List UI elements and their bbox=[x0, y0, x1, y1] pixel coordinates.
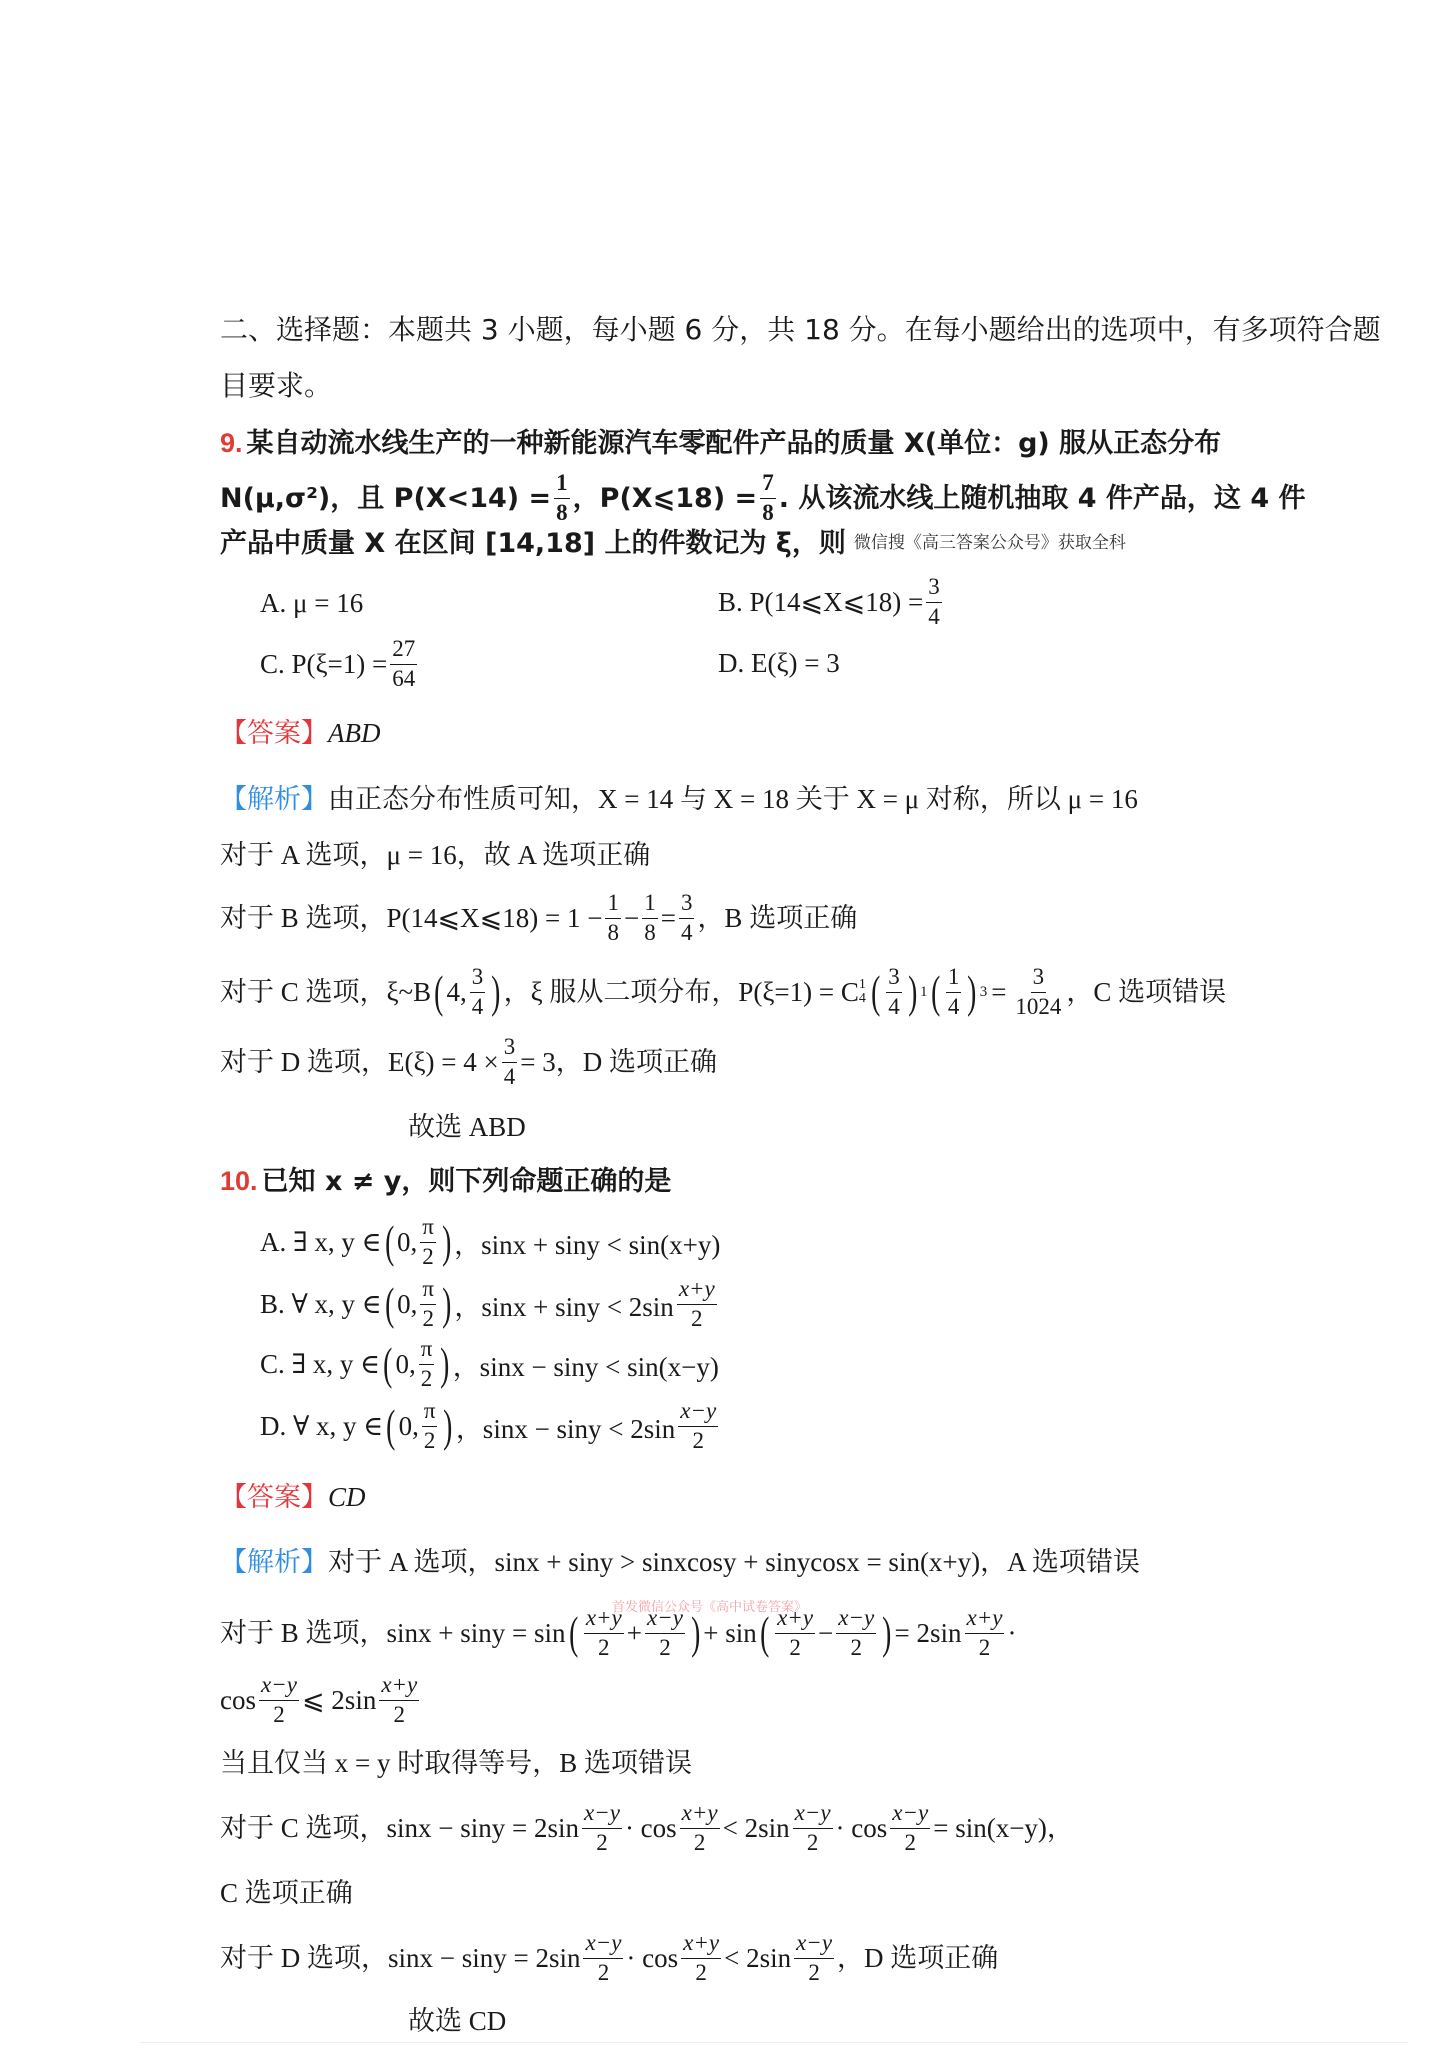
analysis-tag: 【解析】 bbox=[220, 786, 328, 813]
q9-option-d: D. E(ξ) = 3 bbox=[718, 648, 840, 679]
analysis-text: ，D 选项正确 bbox=[837, 1945, 998, 1972]
analysis-text: 对于 D 选项，sinx − siny = 2sin bbox=[220, 1945, 580, 1972]
option-text: ，sinx − siny < sin(x−y) bbox=[453, 1345, 719, 1384]
fraction: 34 bbox=[886, 965, 902, 1018]
section-header-line1: 二、选择题：本题共 3 小题，每小题 6 分，共 18 分。在每小题给出的选项中… bbox=[220, 316, 1381, 344]
page-bottom-edge bbox=[140, 2042, 1408, 2043]
q9-option-b: B. P(14⩽X⩽18) = 34 bbox=[718, 576, 945, 628]
q9-analysis-line4: 对于 C 选项，ξ~B ( 4, 34 ) ，ξ 服从二项分布，P(ξ=1) =… bbox=[220, 962, 1226, 1022]
fraction: x−y2 bbox=[836, 1606, 876, 1659]
fraction: x+y2 bbox=[681, 1931, 721, 1984]
analysis-text: 由正态分布性质可知，X = 14 与 X = 18 关于 X = μ 对称，所以… bbox=[328, 786, 1138, 813]
analysis-text: 对于 B 选项，P(14⩽X⩽18) = 1 − bbox=[220, 905, 602, 932]
q10-option-b: B. ∀ x, y ∈ (0, π2) ，sinx + siny < 2sin … bbox=[260, 1276, 720, 1332]
analysis-text: cos bbox=[220, 1687, 256, 1714]
equals-sign: = bbox=[991, 979, 1006, 1006]
fraction: 34 bbox=[502, 1035, 518, 1088]
fraction: x−y2 bbox=[645, 1606, 685, 1659]
plus-sign: + bbox=[627, 1620, 642, 1647]
fraction: x+y2 bbox=[379, 1673, 419, 1726]
fraction: 18 bbox=[605, 891, 621, 944]
fraction: x+y2 bbox=[677, 1277, 717, 1330]
q10-analysis-line3: cos x−y2 ⩽ 2sin x+y2 bbox=[220, 1672, 422, 1728]
analysis-text: 对于 C 选项，sinx − siny = 2sin bbox=[220, 1815, 579, 1842]
q10-stem: 10. 已知 x ≠ y，则下列命题正确的是 bbox=[220, 1168, 671, 1195]
fraction: 34 bbox=[679, 891, 695, 944]
fraction: π2 bbox=[419, 1337, 435, 1390]
q9-analysis-line2: 对于 A 选项，μ = 16，故 A 选项正确 bbox=[220, 842, 650, 869]
fraction: x+y2 bbox=[584, 1606, 624, 1659]
fraction: x−y2 bbox=[583, 1931, 623, 1984]
q10-analysis-line4: 当且仅当 x = y 时取得等号，B 选项错误 bbox=[220, 1750, 692, 1777]
q10-option-c: C. ∃ x, y ∈ (0, π2) ，sinx − siny < sin(x… bbox=[260, 1336, 719, 1392]
analysis-text: 对于 D 选项，E(ξ) = 4 × bbox=[220, 1049, 499, 1076]
fraction: x+y2 bbox=[775, 1606, 815, 1659]
fraction: 78 bbox=[760, 471, 776, 524]
fraction: 2764 bbox=[390, 637, 417, 690]
q9-analysis-line3: 对于 B 选项，P(14⩽X⩽18) = 1 − 18 − 18 = 34 ，B… bbox=[220, 890, 857, 946]
q9-answer: 【答案】 ABD bbox=[220, 720, 380, 747]
analysis-text: 对于 B 选项，sinx + siny = sin bbox=[220, 1620, 566, 1647]
analysis-text: = 3，D 选项正确 bbox=[520, 1049, 717, 1076]
fraction: x−y2 bbox=[793, 1801, 833, 1854]
section-header-line2: 目要求。 bbox=[220, 372, 332, 400]
equals-sign: = bbox=[661, 905, 676, 932]
fraction: x+y2 bbox=[680, 1801, 720, 1854]
q10-option-a: A. ∃ x, y ∈ (0, π2) ，sinx + siny < sin(x… bbox=[260, 1214, 720, 1270]
option-text: C. ∃ x, y ∈ bbox=[260, 1349, 380, 1380]
q10-stem-text: 已知 x ≠ y，则下列命题正确的是 bbox=[262, 1168, 672, 1195]
fraction: x−y2 bbox=[794, 1931, 834, 1984]
q9-stem-text-2b: ，P(X⩽18) = bbox=[573, 485, 758, 512]
q10-conclusion: 故选 CD bbox=[408, 2008, 506, 2035]
q9-analysis-line5: 对于 D 选项，E(ξ) = 4 × 34 = 3，D 选项正确 bbox=[220, 1034, 717, 1090]
q9-stem-text-3: 产品中质量 X 在区间 [14,18] 上的件数记为 ξ，则 bbox=[220, 530, 846, 557]
q10-analysis-line7: 对于 D 选项，sinx − siny = 2sin x−y2 · cos x+… bbox=[220, 1930, 998, 1986]
analysis-text: < 2sin bbox=[724, 1945, 791, 1972]
option-text: B. ∀ x, y ∈ bbox=[260, 1289, 382, 1320]
q10-number: 10. bbox=[220, 1168, 258, 1195]
analysis-text: = sin(x−y)， bbox=[933, 1815, 1074, 1842]
q9-option-b-text: B. P(14⩽X⩽18) = bbox=[718, 587, 923, 618]
answer-value: ABD bbox=[328, 720, 380, 747]
analysis-text: · cos bbox=[626, 1945, 678, 1972]
fraction: x−y2 bbox=[582, 1801, 622, 1854]
fraction: x−y2 bbox=[259, 1673, 299, 1726]
q10-analysis-line1: 【解析】 对于 A 选项，sinx + siny > sinxcosy + si… bbox=[220, 1549, 1140, 1576]
answer-value: CD bbox=[328, 1484, 366, 1511]
fraction: 34 bbox=[926, 575, 942, 628]
dot-operator: · bbox=[1007, 1620, 1016, 1647]
fraction: 14 bbox=[946, 965, 962, 1018]
q10-analysis-line2: 对于 B 选项，sinx + siny = sin ( x+y2 + x−y2 … bbox=[220, 1604, 1016, 1662]
analysis-text: ，C 选项错误 bbox=[1066, 979, 1226, 1006]
fraction: x−y2 bbox=[678, 1399, 718, 1452]
q10-analysis-line6: C 选项正确 bbox=[220, 1880, 353, 1907]
option-text: A. ∃ x, y ∈ bbox=[260, 1227, 382, 1258]
analysis-text: 对于 C 选项，ξ~B bbox=[220, 979, 431, 1006]
fraction: 34 bbox=[470, 965, 486, 1018]
q9-number: 9. bbox=[220, 430, 243, 457]
fraction: π2 bbox=[422, 1399, 438, 1452]
minus-sign: − bbox=[624, 905, 639, 932]
q10-answer: 【答案】 CD bbox=[220, 1484, 366, 1511]
option-text: ，sinx − siny < 2sin bbox=[456, 1407, 675, 1446]
analysis-text: ，ξ 服从二项分布，P(ξ=1) = C bbox=[504, 979, 859, 1006]
fraction: π2 bbox=[420, 1277, 436, 1330]
q9-option-c-text: C. P(ξ=1) = bbox=[260, 649, 387, 680]
q9-option-c: C. P(ξ=1) = 2764 bbox=[260, 636, 420, 692]
answer-tag: 【答案】 bbox=[220, 1484, 328, 1511]
q9-option-a: A. μ = 16 bbox=[260, 588, 363, 619]
q9-analysis-line1: 【解析】 由正态分布性质可知，X = 14 与 X = 18 关于 X = μ … bbox=[220, 786, 1138, 813]
analysis-text: = 2sin bbox=[895, 1620, 962, 1647]
fraction: x−y2 bbox=[890, 1801, 930, 1854]
q9-stem-text-2c: . 从该流水线上随机抽取 4 件产品，这 4 件 bbox=[779, 485, 1306, 512]
q9-stem-line3: 产品中质量 X 在区间 [14,18] 上的件数记为 ξ，则 微信搜《高三答案公… bbox=[220, 530, 1126, 557]
analysis-text: < 2sin bbox=[723, 1815, 790, 1842]
option-text: D. ∀ x, y ∈ bbox=[260, 1411, 383, 1442]
analysis-text: + sin bbox=[703, 1620, 757, 1647]
minus-sign: − bbox=[818, 1620, 833, 1647]
q9-conclusion: 故选 ABD bbox=[408, 1114, 526, 1141]
q10-option-d: D. ∀ x, y ∈ (0, π2) ，sinx − siny < 2sin … bbox=[260, 1398, 721, 1454]
analysis-text: 4, bbox=[447, 979, 467, 1006]
analysis-text: 对于 A 选项，sinx + siny > sinxcosy + sinycos… bbox=[328, 1549, 1140, 1576]
analysis-tag: 【解析】 bbox=[220, 1549, 328, 1576]
analysis-text: ⩽ 2sin bbox=[302, 1687, 376, 1714]
fraction: x+y2 bbox=[965, 1606, 1005, 1659]
q9-stem-text-2a: N(μ,σ²)，且 P(X<14) = bbox=[220, 485, 551, 512]
q10-analysis-line5: 对于 C 选项，sinx − siny = 2sin x−y2 · cos x+… bbox=[220, 1800, 1074, 1856]
inline-watermark-note: 微信搜《高三答案公众号》获取全科 bbox=[854, 535, 1126, 552]
option-text: ，sinx + siny < 2sin bbox=[454, 1285, 673, 1324]
analysis-text: · cos bbox=[836, 1815, 888, 1842]
fraction: 31024 bbox=[1013, 965, 1063, 1018]
answer-tag: 【答案】 bbox=[220, 720, 328, 747]
option-text: ，sinx + siny < sin(x+y) bbox=[454, 1223, 720, 1262]
q9-stem-text-1: 某自动流水线生产的一种新能源汽车零配件产品的质量 X(单位：g) 服从正态分布 bbox=[247, 430, 1222, 457]
analysis-text: · cos bbox=[625, 1815, 677, 1842]
fraction: π2 bbox=[420, 1215, 436, 1268]
fraction: 18 bbox=[554, 471, 570, 524]
q9-stem-line1: 9. 某自动流水线生产的一种新能源汽车零配件产品的质量 X(单位：g) 服从正态… bbox=[220, 430, 1221, 457]
fraction: 18 bbox=[642, 891, 658, 944]
q9-stem-line2: N(μ,σ²)，且 P(X<14) = 18 ，P(X⩽18) = 78 . 从… bbox=[220, 470, 1306, 526]
analysis-text: ，B 选项正确 bbox=[697, 905, 857, 932]
